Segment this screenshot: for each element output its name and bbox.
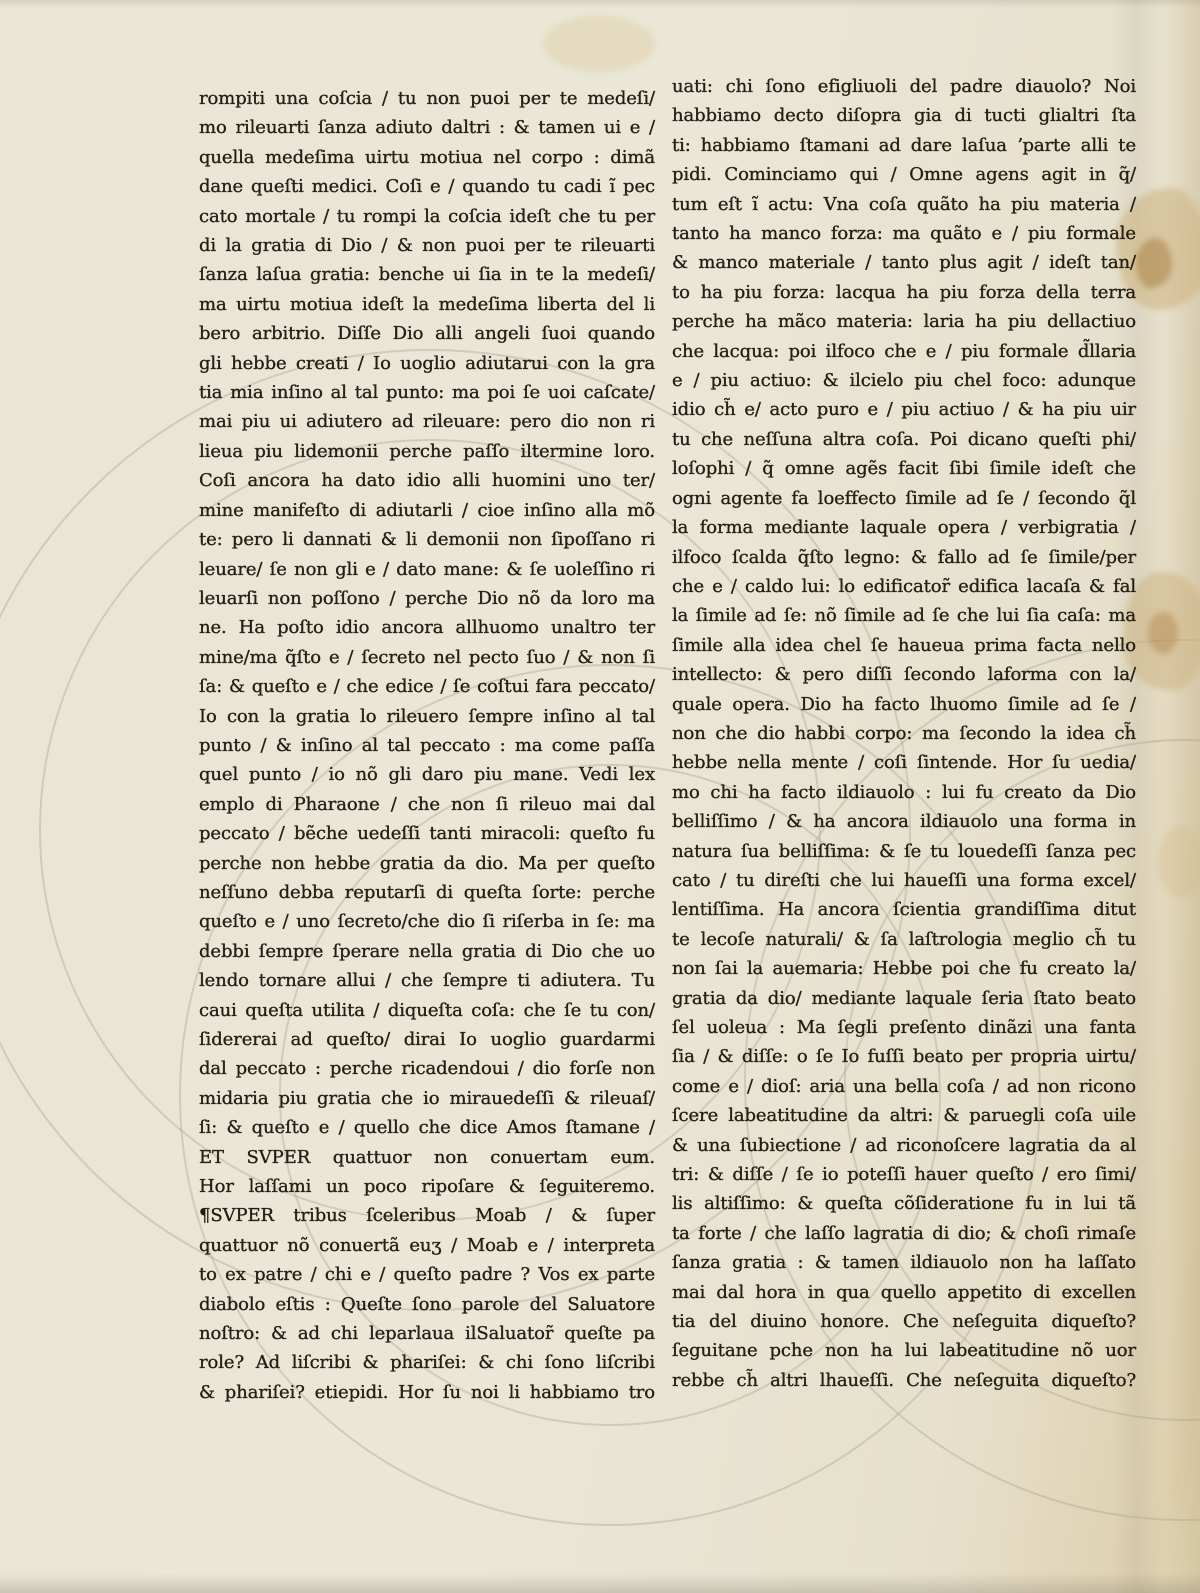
text-column-left: rompiti una coſcia / tu non puoi per te … [199, 84, 655, 1407]
text-column-right: uati: chi ſono efigliuoli del padre diau… [672, 72, 1136, 1395]
foxing-stain-top-center [543, 16, 655, 72]
foxing-stain-mid-right-dark [1148, 612, 1178, 654]
foxing-stain-low-right [1158, 826, 1200, 898]
manuscript-page: rompiti una coſcia / tu non puoi per te … [0, 0, 1200, 1593]
